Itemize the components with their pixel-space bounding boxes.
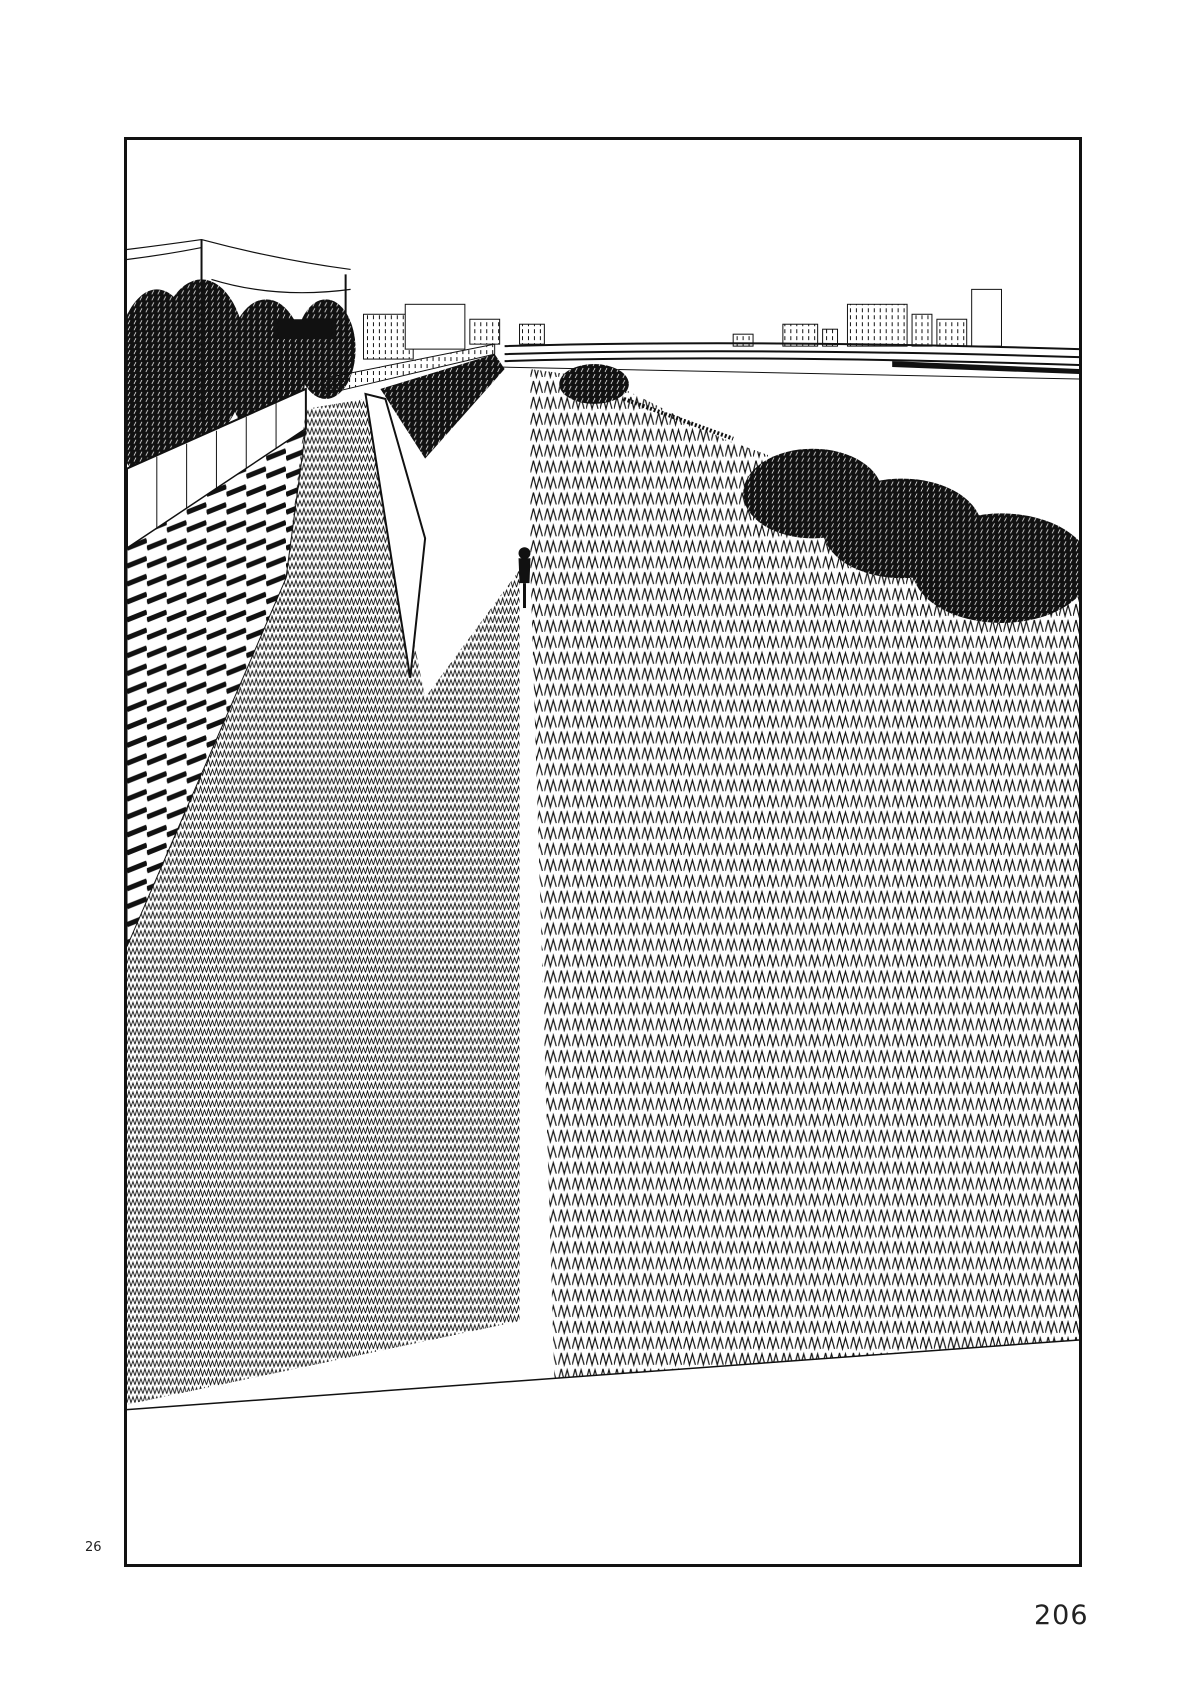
page-number: 206 bbox=[1034, 1600, 1089, 1631]
panel-number: 26 bbox=[85, 1540, 102, 1555]
city-skyline bbox=[733, 289, 1001, 346]
river-embankment-illustration bbox=[127, 140, 1079, 1564]
manga-panel bbox=[124, 137, 1082, 1567]
